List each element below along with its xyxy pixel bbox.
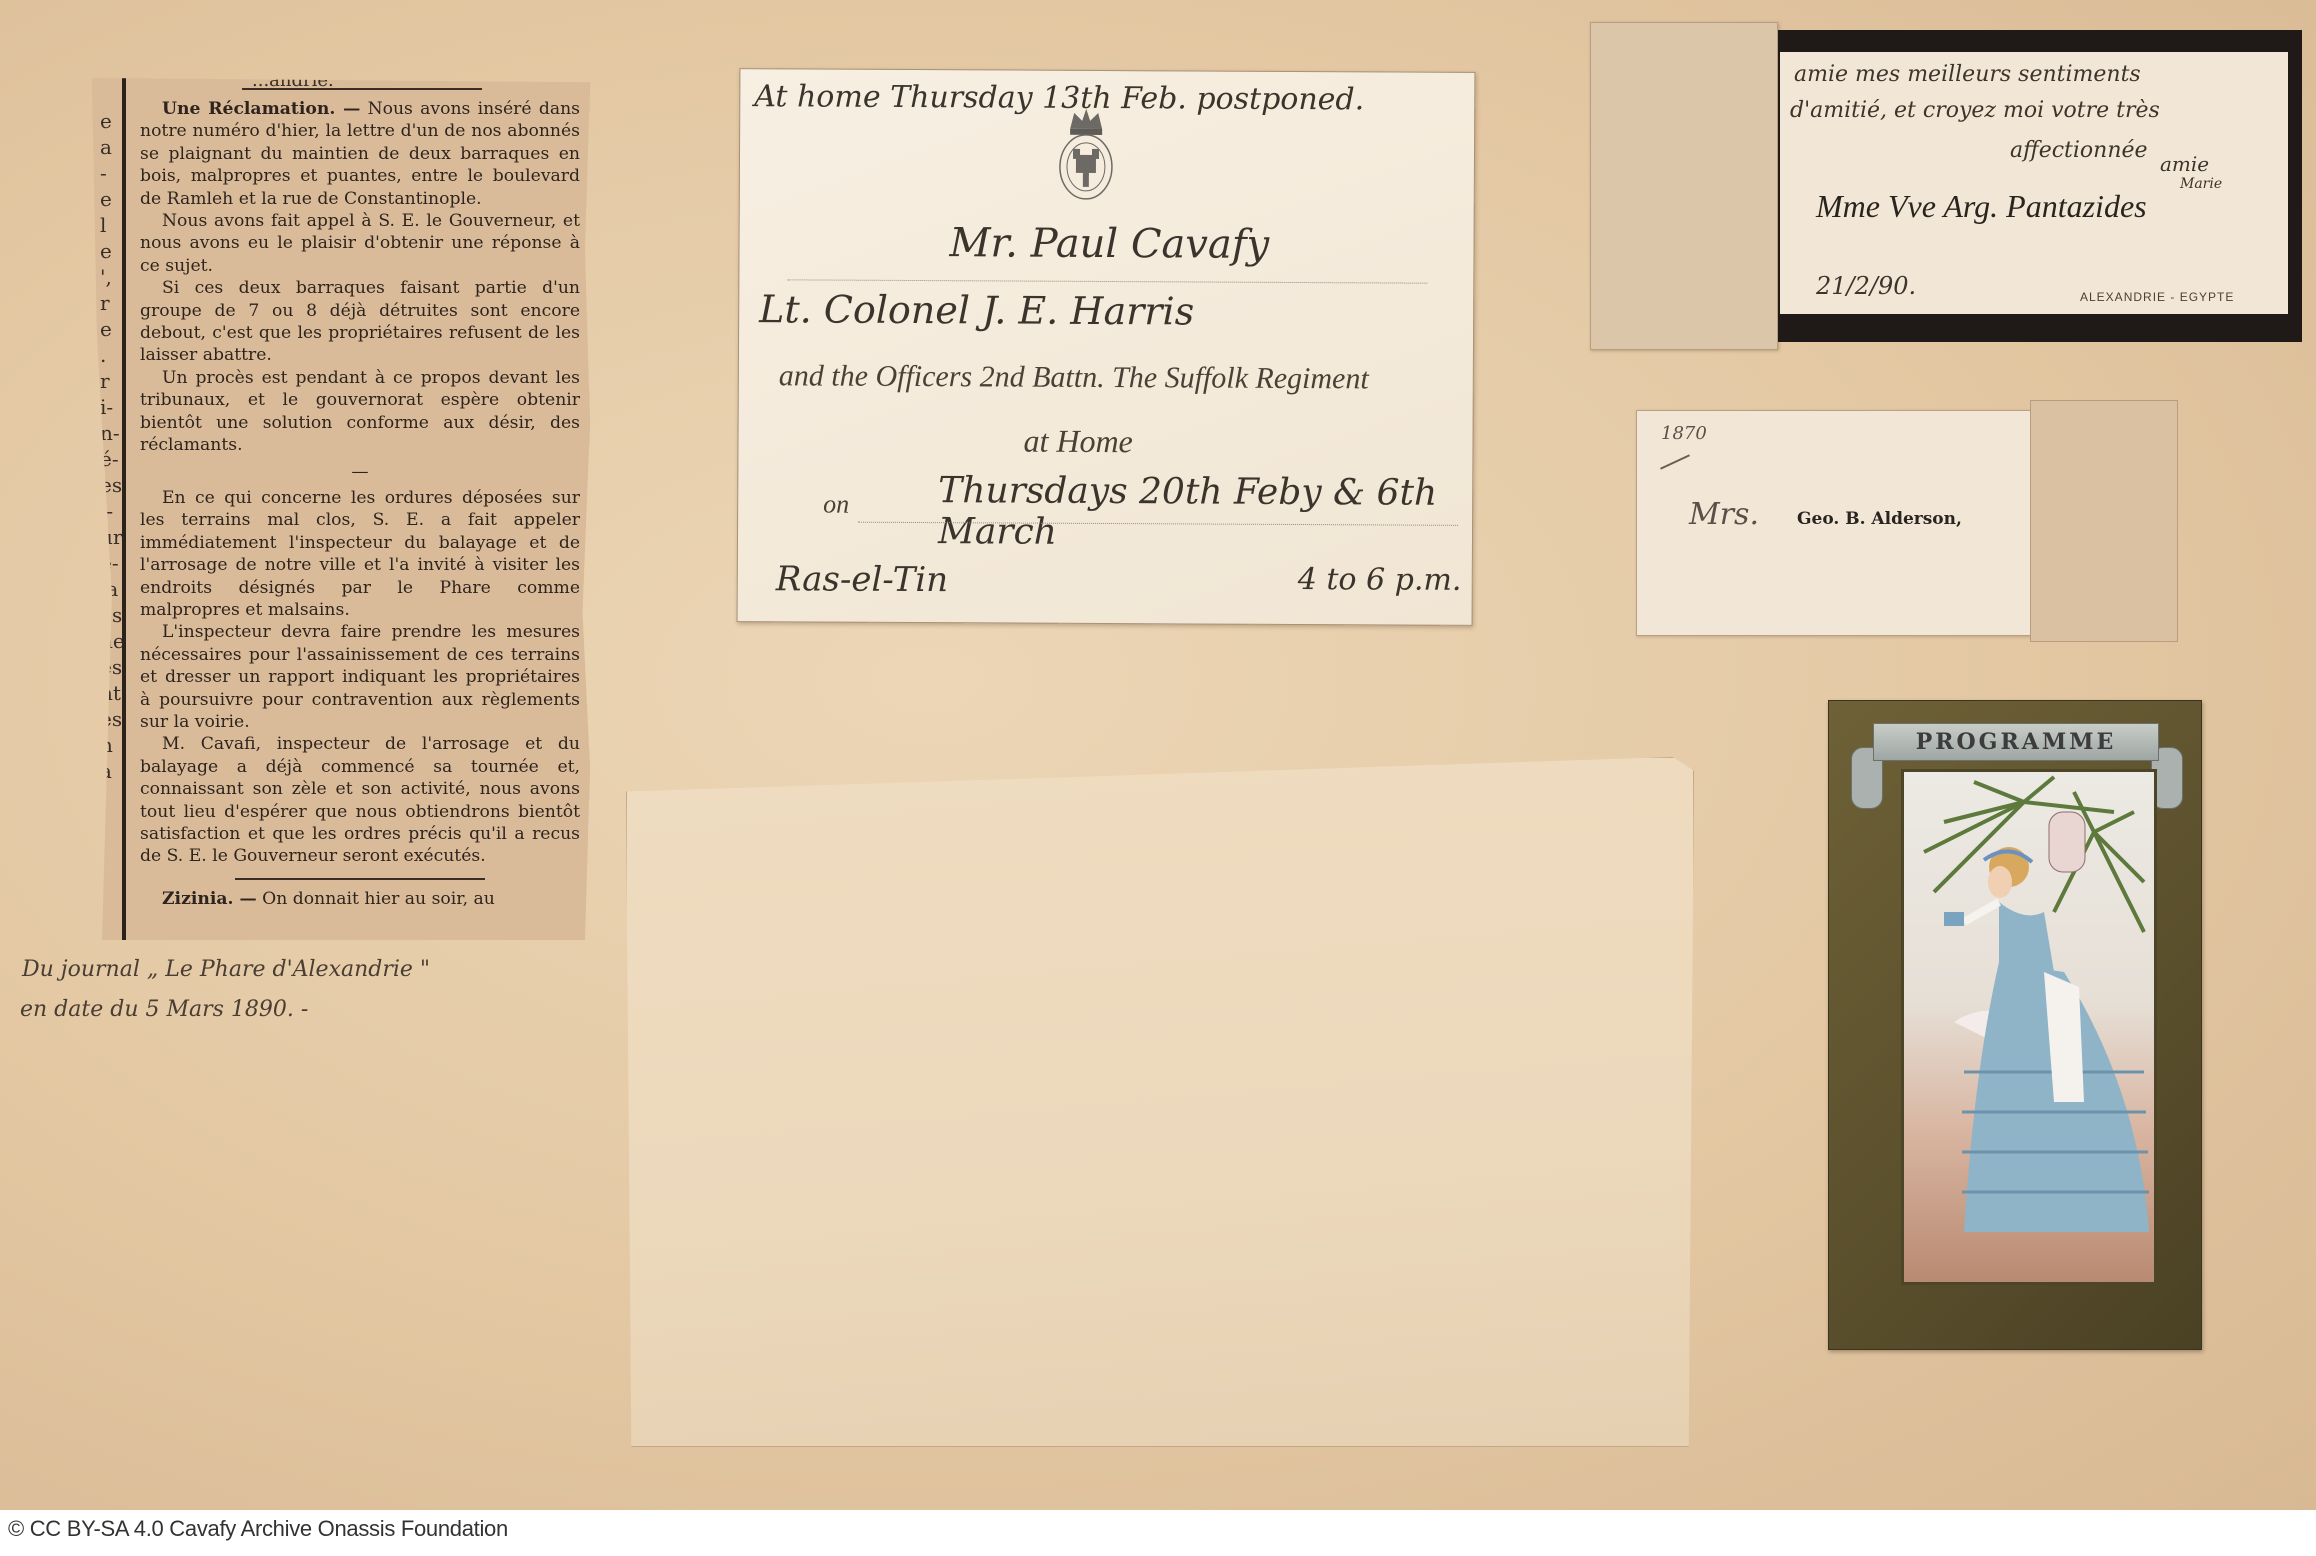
card-date: 21/2/90. (1816, 272, 1916, 300)
officers-line: and the Officers 2nd Battn. The Suffolk … (779, 359, 1369, 396)
card-year: 1870 (1661, 423, 1707, 444)
column-fragment: ur (100, 524, 118, 550)
column-fragment: a (100, 758, 118, 784)
at-home-text: at Home (1023, 423, 1133, 461)
next-article: Zizinia. — On donnait hier au soir, au (140, 888, 580, 910)
column-fragment: e (100, 316, 118, 342)
column-fragment: e (100, 186, 118, 212)
column-fragment: r (100, 290, 118, 316)
column-fragment: ne (100, 628, 118, 654)
handwritten-caption: Du journal „ Le Phare d'Alexandrie " en … (20, 950, 580, 1030)
note-signature: Marie (2180, 176, 2222, 192)
paper-tab (2030, 400, 2178, 642)
article-paragraph: M. Cavafi, inspecteur de l'arrosage et d… (140, 733, 580, 867)
article-headline: Une Réclamation. — (162, 99, 360, 119)
caption-line-2: en date du 5 Mars 1890. - (20, 990, 580, 1030)
card-name: Geo. B. Alderson, (1797, 509, 1962, 529)
lady-in-blue-dress-illustration (1904, 772, 2154, 1282)
album-page: ...andrie. ea-ele',re.ri-n-é-esi-ure-lao… (0, 0, 2316, 1510)
column-fragment: l (100, 212, 118, 238)
column-fragment: e (100, 108, 118, 134)
column-fragment: a (100, 134, 118, 160)
lady-illustration (1901, 769, 2157, 1285)
article-paragraph: Une Réclamation. — Nous avons inséré dan… (140, 98, 580, 210)
invitation-card: At home Thursday 13th Feb. postponed. Mr… (737, 68, 1476, 626)
guest-name: Mr. Paul Cavafy (949, 220, 1269, 268)
on-label: on (823, 490, 849, 520)
column-fragment: i- (100, 394, 118, 420)
column-fragment: n- (100, 420, 118, 446)
folded-paper-tab (1590, 22, 1778, 350)
blank-card (626, 757, 1694, 1447)
next-article-text: On donnait hier au soir, au (257, 889, 495, 909)
note-line-4: amie (2160, 152, 2209, 176)
clipping-left-column-fragments: ea-ele',re.ri-n-é-esi-ure-laosneesntesna (100, 108, 118, 784)
note-line-3: affectionnée (2010, 138, 2148, 163)
article-divider-top (242, 88, 482, 90)
card-prefix: Mrs. (1689, 497, 1759, 532)
column-fragment: n (100, 732, 118, 758)
column-fragment: é- (100, 446, 118, 472)
section-dash: — (140, 461, 580, 483)
host-name: Lt. Colonel J. E. Harris (759, 287, 1194, 333)
regimental-crest-icon (1056, 107, 1117, 203)
column-fragment: es (100, 706, 118, 732)
event-place: Ras-el-Tin (776, 559, 949, 600)
year-underline (1660, 454, 1690, 469)
column-fragment: nt (100, 680, 118, 706)
event-time: 4 to 6 p.m. (1298, 562, 1462, 598)
column-fragment: e (100, 238, 118, 264)
column-fragment: es (100, 472, 118, 498)
article-paragraph: En ce qui concerne les ordures déposées … (140, 487, 580, 621)
note-line-1: amie mes meilleurs sentiments (1794, 62, 2141, 87)
note-line-2: d'amitié, et croyez moi votre très (1790, 98, 2160, 123)
programme-banner: PROGRAMME (1873, 723, 2159, 761)
column-fragment: os (100, 602, 118, 628)
column-fragment: es (100, 654, 118, 680)
column-fragment: i- (100, 498, 118, 524)
article-paragraph: Nous avons fait appel à S. E. le Gouvern… (140, 210, 580, 277)
footer: © CC BY-SA 4.0 Cavafy Archive Onassis Fo… (0, 1510, 2316, 1556)
column-fragment: e- (100, 550, 118, 576)
column-fragment: . (100, 342, 118, 368)
caption-line-1: Du journal „ Le Phare d'Alexandrie " (20, 950, 580, 990)
article-paragraph: Un procès est pendant à ce propos devant… (140, 367, 580, 457)
column-fragment: la (100, 576, 118, 602)
card-name: Mme Vve Arg. Pantazides (1816, 188, 2147, 225)
copyright-credit: © CC BY-SA 4.0 Cavafy Archive Onassis Fo… (8, 1516, 508, 1542)
column-fragment: r (100, 368, 118, 394)
card-place: ALEXANDRIE - EGYPTE (2080, 290, 2234, 304)
column-rule (122, 78, 126, 940)
article-divider (235, 878, 485, 880)
newspaper-clipping: ...andrie. ea-ele',re.ri-n-é-esi-ure-lao… (92, 78, 590, 940)
clipping-article: Une Réclamation. — Nous avons inséré dan… (140, 98, 580, 910)
next-article-headline: Zizinia. — (162, 889, 257, 909)
mourning-card: amie mes meilleurs sentiments d'amitié, … (1778, 30, 2302, 342)
column-fragment: - (100, 160, 118, 186)
programme-card: PROGRAMME (1828, 700, 2202, 1350)
event-dates: Thursdays 20th Feby & 6th March (938, 470, 1472, 555)
article-paragraph: L'inspecteur devra faire prendre les mes… (140, 621, 580, 733)
article-paragraph: Si ces deux barraques faisant partie d'u… (140, 277, 580, 367)
alderson-calling-card: 1870 Mrs. Geo. B. Alderson, (1636, 410, 2032, 636)
column-fragment: ', (100, 264, 118, 290)
mourning-card-face: amie mes meilleurs sentiments d'amitié, … (1780, 52, 2288, 314)
guest-dotted-line (787, 279, 1427, 283)
programme-title: PROGRAMME (1874, 724, 2158, 760)
